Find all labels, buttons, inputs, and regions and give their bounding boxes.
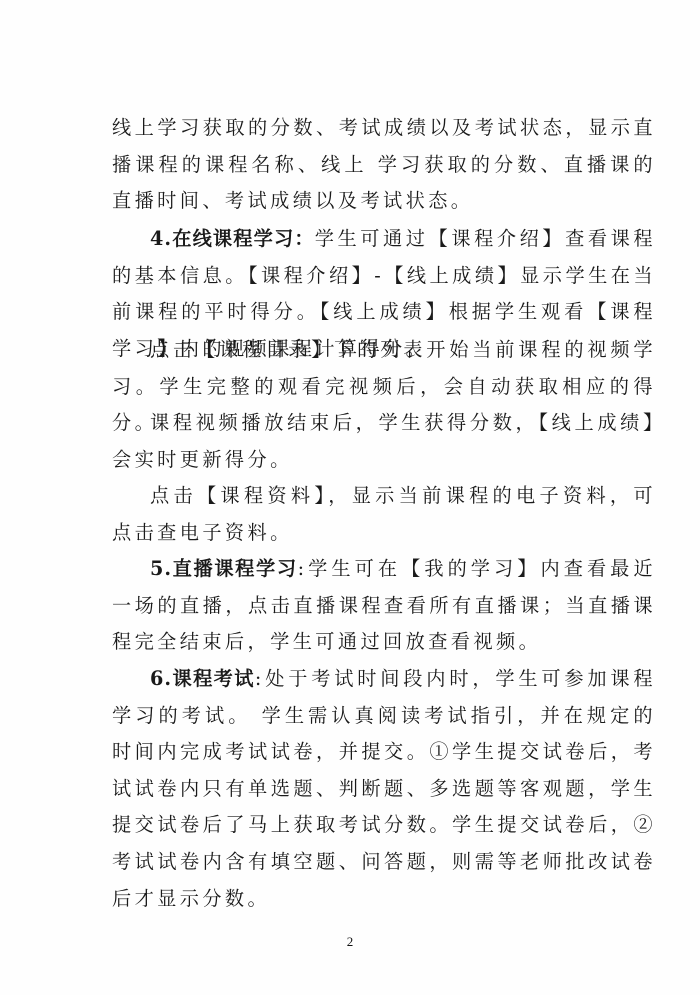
- paragraph-continuation: 线上学习获取的分数、考试成绩以及考试状态，显示直播课程的课程名称、线上 学习获取…: [112, 110, 656, 220]
- paragraph-course-materials: 点击【课程资料】，显示当前课程的电子资料，可点击查电子资料。: [112, 478, 656, 551]
- paragraph-text: 线上学习获取的分数、考试成绩以及考试状态，显示直播课程的课程名称、线上 学习获取…: [112, 116, 656, 212]
- paragraph-course-exam: 6.课程考试:处于考试时间段内时，学生可参加课程学习的考试。 学生需认真阅读考试…: [112, 661, 656, 917]
- section-heading-6: 6.课程考试: [150, 667, 255, 690]
- paragraph-text: 点击【课程资料】，显示当前课程的电子资料，可点击查电子资料。: [112, 484, 656, 544]
- section-heading-4: 4.在线课程学习：: [150, 227, 315, 250]
- document-page: 线上学习获取的分数、考试成绩以及考试状态，显示直播课程的课程名称、线上 学习获取…: [0, 0, 700, 995]
- paragraph-video-score: 课程视频播放结束后，学生获得分数，【线上成绩】会实时更新得分。: [112, 405, 656, 478]
- paragraph-text: :处于考试时间段内时，学生可参加课程学习的考试。 学生需认真阅读考试指引，并在规…: [112, 667, 656, 910]
- page-number: 2: [0, 934, 700, 950]
- paragraph-live-course-study: 5.直播课程学习:学生可在【我的学习】内查看最近一场的直播，点击直播课程查看所有…: [112, 551, 656, 661]
- section-heading-5: 5.直播课程学习: [150, 557, 298, 580]
- paragraph-text: 课程视频播放结束后，学生获得分数，【线上成绩】会实时更新得分。: [112, 411, 656, 471]
